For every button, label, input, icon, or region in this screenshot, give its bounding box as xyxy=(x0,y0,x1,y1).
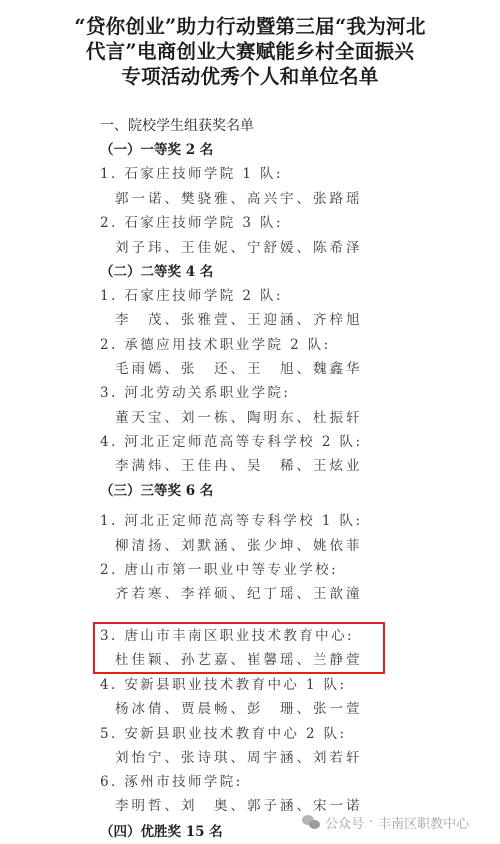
prize-heading-merit: （四）优胜奖 15 名 xyxy=(100,823,223,841)
entry-names: 齐若寒、李祥硕、纪丁瑶、王歆潼 xyxy=(115,585,363,603)
entry-names: 刘子玮、王佳妮、宁舒媛、陈希泽 xyxy=(115,239,363,257)
watermark-account: 丰南区职教中心 xyxy=(378,813,469,832)
watermark-separator: · xyxy=(369,815,373,830)
entry-school: 2. 石家庄技师学院 3 队: xyxy=(100,214,283,232)
entry-school: 5. 安新县职业技术教育中心 2 队: xyxy=(100,725,347,743)
entry-names: 郭一诺、樊骁雅、高兴宇、张路瑶 xyxy=(115,190,363,208)
section-heading: 一、院校学生组获奖名单 xyxy=(100,117,254,135)
prize-heading-second: （二）二等奖 4 名 xyxy=(100,263,213,281)
entry-school: 1. 河北正定师范高等专科学校 1 队: xyxy=(100,512,362,530)
watermark-prefix: 公众号 xyxy=(325,813,364,832)
entry-school: 4. 安新县职业技术教育中心 1 队: xyxy=(100,676,347,694)
prize-heading-third: （三）三等奖 6 名 xyxy=(100,482,213,500)
document-title: “贷你创业”助力行动暨第三届“我为河北 代言”电商创业大赛赋能乡村全面振兴 专项… xyxy=(0,14,500,89)
entry-school: 3. 河北劳动关系职业学院: xyxy=(100,384,290,402)
wechat-watermark: 公众号 · 丰南区职教中心 xyxy=(302,813,469,832)
entry-school: 2. 唐山市第一职业中等专业学校: xyxy=(100,561,338,579)
entry-school-highlighted: 3. 唐山市丰南区职业技术教育中心: xyxy=(100,627,354,645)
entry-school: 1. 石家庄技师学院 2 队: xyxy=(100,287,283,305)
entry-school: 6. 涿州市技师学院: xyxy=(100,773,243,791)
entry-names: 毛雨嫣、张 还、王 旭、魏鑫华 xyxy=(115,360,363,378)
entry-names: 柳清扬、刘默涵、张少坤、姚依菲 xyxy=(115,537,363,555)
title-line-3: 专项活动优秀个人和单位名单 xyxy=(0,64,500,89)
wechat-icon xyxy=(302,815,320,830)
entry-names-highlighted: 杜佳颖、孙艺嘉、崔馨瑶、兰静萱 xyxy=(115,651,363,669)
entry-school: 2. 承德应用技术职业学院 2 队: xyxy=(100,336,331,354)
title-line-2: 代言”电商创业大赛赋能乡村全面振兴 xyxy=(0,39,500,64)
entry-names: 董天宝、刘一栋、陶明东、杜振轩 xyxy=(115,409,363,427)
entry-school: 4. 河北正定师范高等专科学校 2 队: xyxy=(100,433,362,451)
entry-names: 刘怡宁、张诗琪、周宇涵、刘若轩 xyxy=(115,749,363,767)
entry-names: 李 茂、张雅萱、王迎涵、齐梓旭 xyxy=(115,311,363,329)
title-line-1: “贷你创业”助力行动暨第三届“我为河北 xyxy=(0,14,500,39)
entry-school: 1. 石家庄技师学院 1 队: xyxy=(100,165,283,183)
prize-heading-first: （一）一等奖 2 名 xyxy=(100,141,213,159)
entry-names: 李满炜、王佳冉、吴 稀、王炫业 xyxy=(115,457,363,475)
entry-names: 杨冰倩、贾晨畅、彭 珊、张一萱 xyxy=(115,700,363,718)
